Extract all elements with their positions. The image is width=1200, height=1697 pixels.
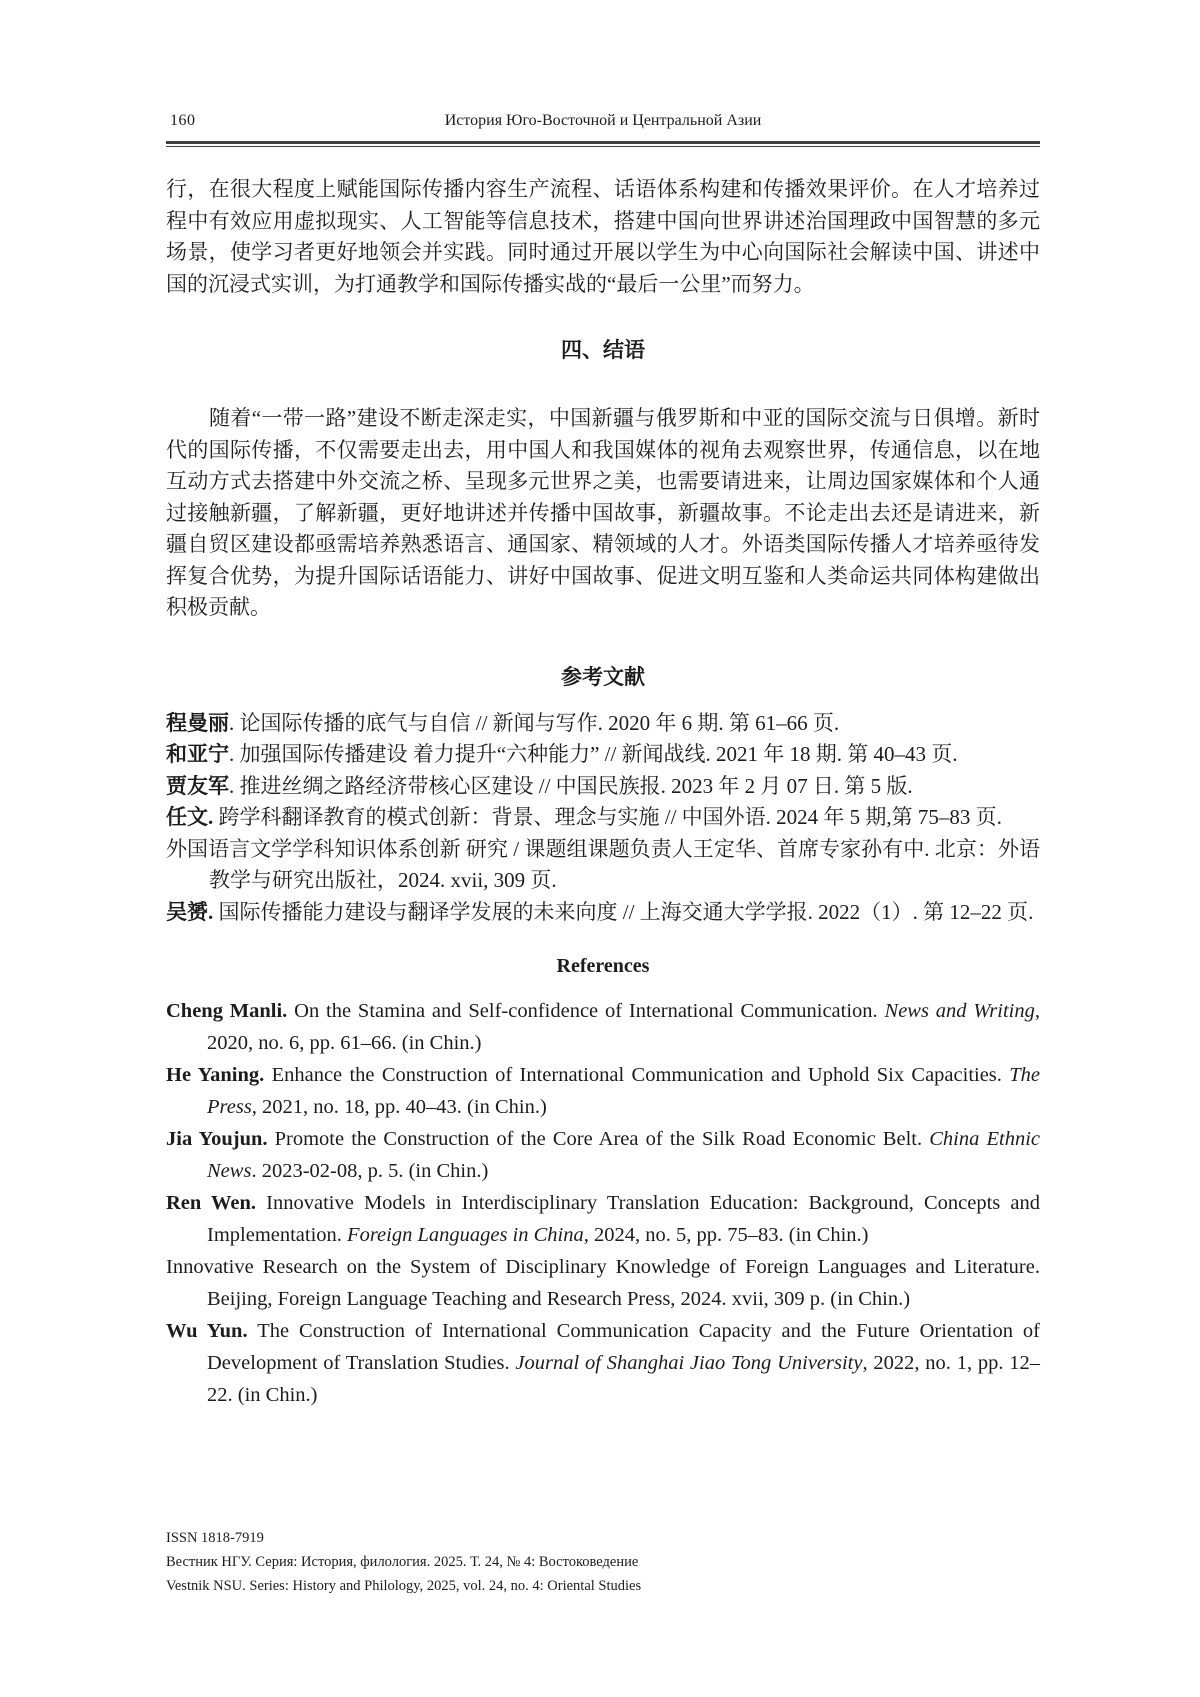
footer-issn: ISSN 1818-7919	[166, 1526, 641, 1550]
reference-author: 和亚宁	[166, 742, 229, 766]
reference-entry-cn: 任文. 跨学科翻译教育的模式创新：背景、理念与实施 // 中国外语. 2024 …	[166, 802, 1040, 834]
page-number: 160	[170, 112, 196, 130]
reference-text: 外国语言文学学科知识体系创新 研究 / 课题组课题负责人王定华、首席专家孙有中.…	[166, 837, 1040, 893]
reference-text: Innovative Research on the System of Dis…	[166, 1256, 1040, 1310]
reference-journal: News and Writing	[885, 1000, 1035, 1022]
reference-author: Cheng Manli.	[166, 1000, 287, 1022]
reference-entry-en: Innovative Research on the System of Dis…	[166, 1251, 1040, 1315]
reference-author: He Yaning.	[166, 1064, 264, 1086]
reference-entry-cn: 和亚宁. 加强国际传播建设 着力提升“六种能力” // 新闻战线. 2021 年…	[166, 739, 1040, 771]
running-title: История Юго-Восточной и Центральной Азии	[166, 112, 1040, 130]
reference-text: 国际传播能力建设与翻译学发展的未来向度 // 上海交通大学学报. 2022（1）…	[213, 900, 1033, 924]
reference-author: Wu Yun.	[166, 1320, 248, 1342]
reference-entry-en: He Yaning. Enhance the Construction of I…	[166, 1059, 1040, 1123]
reference-text: Enhance the Construction of Internationa…	[264, 1064, 1009, 1086]
reference-tail: , 2024, no. 5, pp. 75–83. (in Chin.)	[584, 1224, 869, 1246]
references-cn-list: 程曼丽. 论国际传播的底气与自信 // 新闻与写作. 2020 年 6 期. 第…	[166, 708, 1040, 929]
document-page: 160 История Юго-Восточной и Центральной …	[0, 0, 1200, 1697]
reference-entry-en: Cheng Manli. On the Stamina and Self-con…	[166, 995, 1040, 1059]
reference-journal: Foreign Languages in China	[347, 1224, 584, 1246]
reference-journal: Journal of Shanghai Jiao Tong University	[515, 1352, 862, 1374]
reference-entry-en: Wu Yun. The Construction of Internationa…	[166, 1315, 1040, 1411]
references-en-heading: References	[166, 955, 1040, 978]
section-heading-conclusion: 四、结语	[166, 334, 1040, 364]
reference-entry-cn: 吴赟. 国际传播能力建设与翻译学发展的未来向度 // 上海交通大学学报. 202…	[166, 897, 1040, 929]
reference-text: 跨学科翻译教育的模式创新：背景、理念与实施 // 中国外语. 2024 年 5 …	[213, 805, 1002, 829]
reference-entry-cn: 外国语言文学学科知识体系创新 研究 / 课题组课题负责人王定华、首席专家孙有中.…	[166, 834, 1040, 897]
references-cn-heading: 参考文献	[166, 661, 1040, 691]
body-paragraph-1: 行，在很大程度上赋能国际传播内容生产流程、话语体系构建和传播效果评价。在人才培养…	[166, 174, 1040, 300]
reference-text: . 加强国际传播建设 着力提升“六种能力” // 新闻战线. 2021 年 18…	[229, 742, 958, 766]
reference-author: Jia Youjun.	[166, 1128, 268, 1150]
reference-author: 贾友军	[166, 774, 229, 798]
header-rule	[166, 141, 1040, 147]
reference-text: Promote the Construction of the Core Are…	[268, 1128, 930, 1150]
footer-journal-ru: Вестник НГУ. Серия: История, филология. …	[166, 1550, 641, 1574]
reference-author: 任文.	[166, 805, 213, 829]
reference-entry-en: Jia Youjun. Promote the Construction of …	[166, 1123, 1040, 1187]
reference-author: 吴赟.	[166, 900, 213, 924]
page-footer: ISSN 1818-7919 Вестник НГУ. Серия: Истор…	[166, 1526, 641, 1598]
reference-entry-cn: 程曼丽. 论国际传播的底气与自信 // 新闻与写作. 2020 年 6 期. 第…	[166, 708, 1040, 740]
footer-journal-en: Vestnik NSU. Series: History and Philolo…	[166, 1574, 641, 1598]
references-en-list: Cheng Manli. On the Stamina and Self-con…	[166, 995, 1040, 1411]
reference-text: On the Stamina and Self-confidence of In…	[287, 1000, 884, 1022]
reference-text: . 论国际传播的底气与自信 // 新闻与写作. 2020 年 6 期. 第 61…	[229, 711, 839, 735]
reference-tail: , 2021, no. 18, pp. 40–43. (in Chin.)	[252, 1096, 547, 1118]
reference-text: . 推进丝绸之路经济带核心区建设 // 中国民族报. 2023 年 2 月 07…	[229, 774, 913, 798]
reference-entry-cn: 贾友军. 推进丝绸之路经济带核心区建设 // 中国民族报. 2023 年 2 月…	[166, 771, 1040, 803]
page-header: 160 История Юго-Восточной и Центральной …	[166, 112, 1040, 134]
body-paragraph-2: 随着“一带一路”建设不断走深走实，中国新疆与俄罗斯和中亚的国际交流与日俱增。新时…	[166, 403, 1040, 624]
reference-tail: . 2023-02-08, p. 5. (in Chin.)	[251, 1160, 488, 1182]
reference-author: Ren Wen.	[166, 1192, 256, 1214]
reference-entry-en: Ren Wen. Innovative Models in Interdisci…	[166, 1187, 1040, 1251]
reference-author: 程曼丽	[166, 711, 229, 735]
